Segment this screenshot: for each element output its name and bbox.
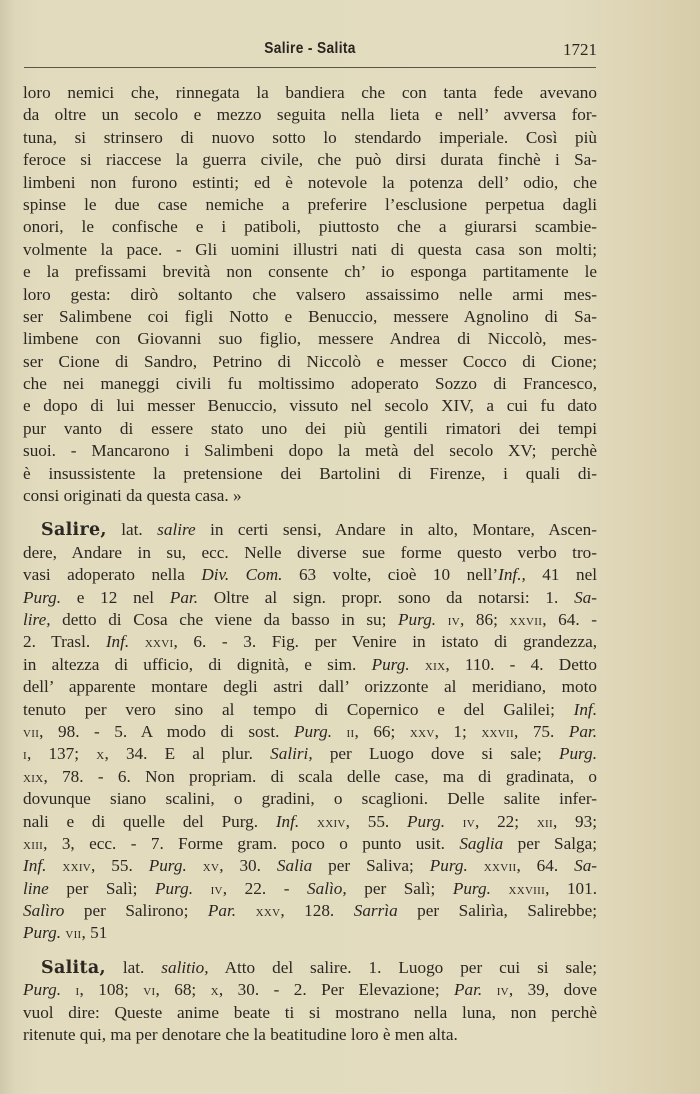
italic-reference: Inf. [574,700,597,719]
text-segment [46,856,62,875]
text-segment [61,980,75,999]
text-segment: Oltre al sign. propr. sono da notarsi: 1… [198,588,574,607]
canto-numeral: vi [143,983,155,999]
canto-numeral: iv [497,983,509,999]
italic-reference: Inf., [498,565,526,584]
text-segment: tenuto per vero sino al tempo di Coperni… [23,700,574,719]
canto-numeral: xiii [23,837,43,853]
text-segment: per Salì; [347,879,453,898]
text-line: dovunque siano scalini, o gradini, o sca… [23,788,597,810]
text-line: dere, Andare in su, ecc. Nelle diverse s… [23,542,597,564]
italic-reference: Par. [569,722,597,741]
italic-reference: Purg. [149,856,187,875]
text-line: vasi adoperato nella Div. Com. 63 volte,… [23,564,597,586]
text-line: dell’ apparente montare degli astri dall… [23,676,597,698]
canto-numeral: xxvi [145,635,174,651]
italic-reference: Purg. [453,879,491,898]
italic-reference: Inf. [276,812,299,831]
text-segment [445,812,463,831]
canto-numeral: xv [203,859,220,875]
text-line: xix, 78. - 6. Non propriam. di scala del… [23,766,597,788]
text-segment: per Salirìa, Salirebbe; [398,901,597,920]
text-segment: 2. Trasl. [23,632,106,651]
text-segment: dell’ apparente montare degli astri dall… [23,677,597,696]
canto-numeral: vii [65,926,81,942]
canto-numeral: xxvii [484,859,517,875]
text-line: onori, le confische e i patiboli, piutto… [23,216,597,238]
italic-reference: Sa- [574,588,597,607]
canto-numeral: xix [23,770,43,786]
text-segment [491,879,509,898]
text-line: vuol dire: Queste anime beate ti si most… [23,1002,597,1024]
text-segment: detto di Cosa che viene da basso in su; [51,610,399,629]
text-line: e la prefissami brevità non consente ch’… [23,261,597,283]
text-line: ser Salimbene coi figli Notto e Benuccio… [23,306,597,328]
text-line: loro nemici che, rinnegata la bandiera c… [23,82,597,104]
text-segment [482,980,496,999]
italic-reference: Purg. [23,923,61,942]
text-line: Purg. i, 108; vi, 68; x, 30. - 2. Per El… [23,979,597,1001]
text-line: Purg. vii, 51 [23,922,597,944]
text-segment [193,879,211,898]
canto-numeral: xxiv [62,859,91,875]
body-text: loro nemici che, rinnegata la bandiera c… [23,82,597,1046]
text-line: e dopo di lui messer Benuccio, vissuto n… [23,395,597,417]
italic-reference: Saglia [459,834,503,853]
text-line: Inf. xxiv, 55. Purg. xv, 30. Salia per S… [23,855,597,877]
canto-numeral: xxvii [481,725,514,741]
text-segment: , 64. [516,856,574,875]
text-line: spinse le due case nemiche a preferire l… [23,194,597,216]
canto-numeral: xxv [410,725,435,741]
text-line: vii, 98. - 5. A modo di sost. Purg. ii, … [23,721,597,743]
text-segment: per Luogo dove si sale; [313,744,559,763]
text-segment: , 137; [27,744,96,763]
text-segment: , 30. - 2. Per Elevazione; [219,980,454,999]
canto-numeral: xix [425,658,445,674]
italic-reference: Saliri, [270,744,313,763]
text-segment: vuol dire: Queste anime beate ti si most… [23,1003,597,1022]
text-segment [410,655,425,674]
running-head: Salire - Salita 1721 [23,38,597,62]
canto-numeral: iv [448,613,460,629]
text-segment: vasi adoperato nella [23,565,201,584]
text-segment: per Salirono; [64,901,208,920]
text-segment: in certi sensi, Andare in alto, Montare,… [196,520,597,539]
canto-numeral: xxvii [510,613,543,629]
entry-salire: Salire, lat. salire in certi sensi, Anda… [23,519,597,944]
canto-numeral: x [211,983,219,999]
text-segment [236,901,256,920]
italic-reference: Purg. [372,655,410,674]
text-line: ritenute qui, ma per denotare che la bea… [23,1024,597,1046]
text-line: Salìro per Salirono; Par. xxv, 128. Sarr… [23,900,597,922]
text-line: nali e di quelle del Purg. Inf. xxiv, 55… [23,811,597,833]
text-segment: , 1; [435,722,482,741]
text-segment: , 34. E al plur. [104,744,270,763]
italic-reference: Par. [208,901,236,920]
text-segment: , 6. - 3. Fig. per Venire in istato di g… [174,632,598,651]
italic-reference: Sarrìa [354,901,398,920]
canto-numeral: iv [463,815,475,831]
text-line: limbene con Giovanni suo figlio, messere… [23,328,597,350]
entry-headword: Salire, [41,520,107,540]
text-segment [332,722,347,741]
italic-reference: Purg. [407,812,445,831]
text-segment: ritenute qui, ma per denotare che la bea… [23,1025,458,1044]
text-line: i, 137; x, 34. E al plur. Saliri, per Lu… [23,743,597,765]
entry-first-line: Salire, lat. salire in certi sensi, Anda… [23,519,597,541]
entry-first-line: Salita, lat. salitio, Atto del salire. 1… [23,957,597,979]
text-line: limbeni non furono estinti; ed è notevol… [23,172,597,194]
running-title: Salire - Salita [63,40,557,58]
italic-reference: line [23,879,49,898]
text-line: è insussistente la pretensione dei Barto… [23,463,597,485]
italic-reference: Purg. [294,722,332,741]
canto-numeral: vii [23,725,39,741]
text-line: tuna, si strinsero di nuovo sotto lo ste… [23,127,597,149]
canto-numeral: xxv [256,904,281,920]
italic-reference: Inf. [23,856,46,875]
page-number: 1721 [563,40,597,60]
header-rule [24,67,596,68]
text-segment: 63 volte, cioè 10 nell’ [282,565,498,584]
text-segment: lat. [107,520,157,539]
text-line: line per Salì; Purg. iv, 22. - Salìo, pe… [23,878,597,900]
dictionary-page: Salire - Salita 1721 loro nemici che, ri… [0,0,700,1094]
italic-reference: Purg. [23,588,61,607]
text-line: tenuto per vero sino al tempo di Coperni… [23,699,597,721]
text-line: che nei maneggi civili fu moltissimo ado… [23,373,597,395]
italic-reference: Purg. [430,856,468,875]
text-line: feroce si riaccese la guerra civile, che… [23,149,597,171]
entry-salita: Salita, lat. salitio, Atto del salire. 1… [23,957,597,1047]
paragraph-gap [23,507,597,519]
text-segment [299,812,317,831]
entry-headword: Salita, [41,958,106,978]
text-segment: , 78. - 6. Non propriam. di scala delle … [43,767,597,786]
text-segment: dovunque siano scalini, o gradini, o sca… [23,789,597,808]
text-line: xiii, 3, ecc. - 7. Forme gram. poco o pu… [23,833,597,855]
text-segment: e 12 nel [61,588,170,607]
text-line: da oltre un secolo e mezzo seguita nella… [23,104,597,126]
italic-reference: Purg. [559,744,597,763]
text-segment: , 51 [82,923,108,942]
text-segment: , 86; [460,610,510,629]
text-line: pur vanto di essere stato uno dei più ge… [23,418,597,440]
text-segment: per Salì; [49,879,155,898]
italic-reference: salitio, [161,958,208,977]
italic-reference: Div. Com. [201,565,282,584]
text-line: ser Cione di Sandro, Petrino di Niccolò … [23,351,597,373]
text-segment: nali e di quelle del Purg. [23,812,276,831]
text-segment [436,610,448,629]
text-line: in altezza di ufficio, di dignità, e sim… [23,654,597,676]
text-segment [129,632,145,651]
continuation-paragraph: loro nemici che, rinnegata la bandiera c… [23,82,597,507]
text-segment: , 93; [553,812,597,831]
text-segment: per Saliva; [312,856,430,875]
italic-reference: Salìo, [307,879,347,898]
italic-reference: Purg. [23,980,61,999]
text-line: lire, detto di Cosa che viene da basso i… [23,609,597,631]
canto-numeral: xii [537,815,553,831]
paragraph-gap [23,945,597,957]
text-segment: , 22. - [223,879,307,898]
text-line: volmente la pace. - Gli uomini illustri … [23,239,597,261]
text-segment: , 55. [91,856,149,875]
italic-reference: Purg. [155,879,193,898]
text-segment: , 55. [346,812,407,831]
text-segment: , 39, dove [509,980,597,999]
text-segment: , 128. [280,901,353,920]
text-segment: , 110. - 4. Detto [445,655,597,674]
italic-reference: Par. [170,588,198,607]
text-line: Purg. e 12 nel Par. Oltre al sign. propr… [23,587,597,609]
text-segment: , 22; [475,812,537,831]
text-segment: , 98. - 5. A modo di sost. [39,722,294,741]
canto-numeral: iv [211,882,223,898]
italic-reference: Salìro [23,901,64,920]
text-line: loro gesta: dirò soltanto che valsero as… [23,284,597,306]
text-line: consi originati da questa casa. » [23,485,597,507]
text-segment: Atto del salire. 1. Luogo per cui si sal… [209,958,597,977]
text-line: suoi. - Mancarono i Salimbeni dopo la me… [23,440,597,462]
text-segment: , 68; [155,980,210,999]
italic-reference: Salia [277,856,312,875]
italic-reference: Sa- [574,856,597,875]
text-line: 2. Trasl. Inf. xxvi, 6. - 3. Fig. per Ve… [23,631,597,653]
text-segment [187,856,203,875]
text-segment: , 64. - [542,610,597,629]
text-segment: , 30. [219,856,277,875]
text-segment: lat. [106,958,161,977]
italic-reference: Purg. [398,610,436,629]
canto-numeral: xxiv [317,815,346,831]
text-segment: , 108; [79,980,143,999]
text-segment: , 66; [354,722,409,741]
text-segment: , 75. [514,722,569,741]
canto-numeral: xxviii [508,882,545,898]
text-segment: , 3, ecc. - 7. Forme gram. poco o punto … [43,834,459,853]
text-segment: , 101. [545,879,597,898]
italic-reference: lire, [23,610,51,629]
text-segment: 41 nel [526,565,597,584]
text-segment: in altezza di ufficio, di dignità, e sim… [23,655,372,674]
text-segment [468,856,484,875]
text-segment: dere, Andare in su, ecc. Nelle diverse s… [23,543,597,562]
text-segment: per Salga; [503,834,597,853]
italic-reference: salire [157,520,196,539]
italic-reference: Par. [454,980,482,999]
italic-reference: Inf. [106,632,129,651]
